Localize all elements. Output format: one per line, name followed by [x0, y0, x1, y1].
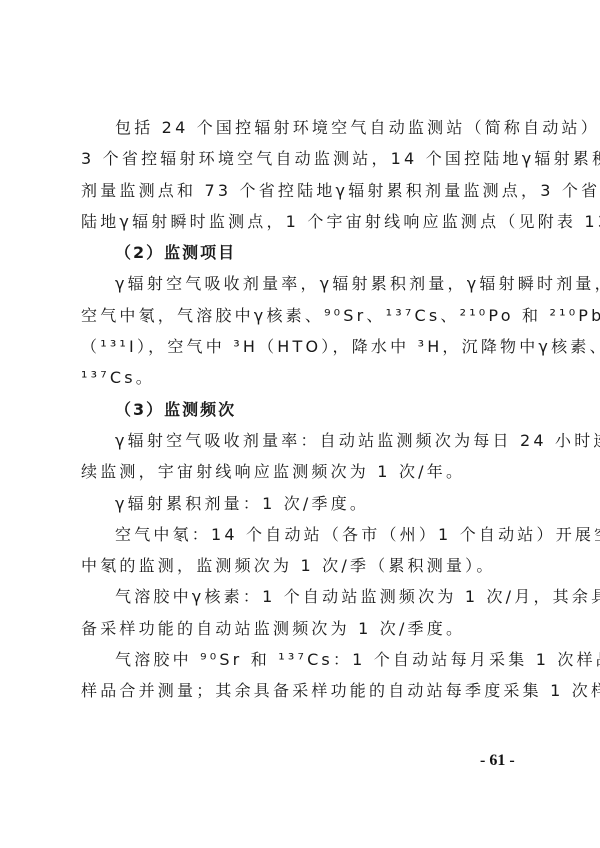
text-line: 中氡的监测，监测频次为 1 次/季（累积测量）。	[81, 550, 527, 581]
text-line: 3 个省控辐射环境空气自动监测站，14 个国控陆地γ辐射累积	[81, 143, 527, 174]
section-heading: （2）监测项目	[81, 237, 527, 268]
text-line: 包括 24 个国控辐射环境空气自动监测站（简称自动站）和	[81, 112, 527, 143]
paragraph-intro: 包括 24 个国控辐射环境空气自动监测站（简称自动站）和 3 个省控辐射环境空气…	[81, 112, 527, 237]
text-line: （¹³¹I），空气中 ³H（HTO），降水中 ³H，沉降物中γ核素、⁹⁰Sr、	[81, 331, 527, 362]
text-line: 备采样功能的自动站监测频次为 1 次/季度。	[81, 613, 527, 644]
text-line: ¹³⁷Cs。	[81, 362, 527, 393]
page-number: - 61 -	[480, 752, 515, 770]
text-line: γ辐射空气吸收剂量率：自动站监测频次为每日 24 小时连	[81, 425, 527, 456]
text-line: 续监测，宇宙射线响应监测频次为 1 次/年。	[81, 456, 527, 487]
text-line: 气溶胶中γ核素：1 个自动站监测频次为 1 次/月，其余具	[81, 581, 527, 612]
text-line: 样品合并测量；其余具备采样功能的自动站每季度采集 1 次样	[81, 675, 527, 706]
text-line: 气溶胶中 ⁹⁰Sr 和 ¹³⁷Cs：1 个自动站每月采集 1 次样品，全年	[81, 644, 527, 675]
document-page: 包括 24 个国控辐射环境空气自动监测站（简称自动站）和 3 个省控辐射环境空气…	[81, 112, 527, 707]
text-line: γ辐射累积剂量：1 次/季度。	[81, 488, 527, 519]
text-line: 陆地γ辐射瞬时监测点，1 个宇宙射线响应监测点（见附表 13）。	[81, 206, 527, 237]
text-line: γ辐射空气吸收剂量率，γ辐射累积剂量，γ辐射瞬时剂量，	[81, 268, 527, 299]
section-monitoring-items: （2）监测项目 γ辐射空气吸收剂量率，γ辐射累积剂量，γ辐射瞬时剂量， 空气中氡…	[81, 237, 527, 393]
text-line: 剂量监测点和 73 个省控陆地γ辐射累积剂量监测点，3 个省控	[81, 175, 527, 206]
section-heading: （3）监测频次	[81, 394, 527, 425]
text-line: 空气中氡，气溶胶中γ核素、⁹⁰Sr、¹³⁷Cs、²¹⁰Po 和 ²¹⁰Pb，空气…	[81, 300, 527, 331]
section-monitoring-frequency: （3）监测频次 γ辐射空气吸收剂量率：自动站监测频次为每日 24 小时连 续监测…	[81, 394, 527, 707]
text-line: 空气中氡：14 个自动站（各市（州）1 个自动站）开展空气	[81, 519, 527, 550]
